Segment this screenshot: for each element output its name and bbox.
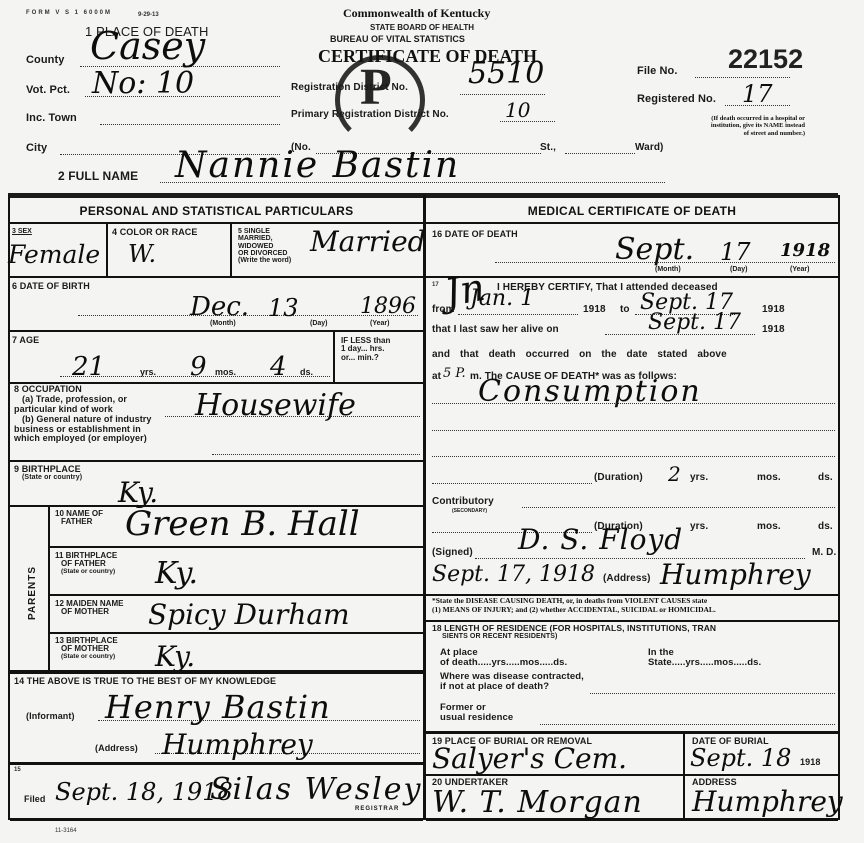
ward-label: Ward) [635, 143, 663, 154]
to-year: 1918 [762, 305, 785, 316]
mother-name-value: Spicy Durham [148, 598, 350, 631]
bureau-title: BUREAU OF VITAL STATISTICS [330, 35, 465, 44]
burial-date-value: Sept. 18 [690, 744, 791, 772]
undertaker-value: W. T. Morgan [432, 785, 643, 820]
former-dots [540, 724, 835, 725]
md-address-value: Humphrey [660, 558, 811, 591]
to-label: to [620, 305, 630, 316]
father-birth-label: 11 BIRTHPLACE OF FATHER (State or countr… [55, 552, 117, 576]
from-value: Jan. 1 [470, 286, 534, 311]
mother-birth-value: Ky. [155, 640, 195, 673]
rule [10, 222, 423, 224]
at-place-label: At place of death.....yrs.....mos.....ds… [440, 648, 567, 669]
birthplace-sub: (State or country) [14, 474, 82, 481]
informant-value: Henry Bastin [105, 688, 331, 726]
occupation-label-block: 8 OCCUPATION (a) Trade, profession, or p… [14, 385, 152, 444]
from-year: 1918 [583, 305, 606, 316]
filed-label: Filed [24, 795, 46, 804]
rule [10, 276, 423, 278]
rule [48, 632, 423, 634]
contrib-yrs-label: yrs. [690, 522, 708, 533]
duration-yrs: 2 [668, 462, 681, 486]
duration-ds-label: ds. [818, 473, 833, 484]
footnote-line: (1) MEANS OF INJURY; and (2) whether ACC… [432, 606, 836, 615]
form-id: FORM V S 1 6000M [26, 10, 112, 16]
dod-month: Sept. [615, 232, 694, 267]
rule [426, 276, 838, 278]
rule [683, 733, 685, 820]
personal-section-title: PERSONAL AND STATISTICAL PARTICULARS [10, 204, 423, 218]
residence-title-line: SIENTS OR RECENT RESIDENTS) [432, 633, 716, 641]
rule [106, 224, 108, 276]
secondary-label: (SECONDARY) [452, 509, 487, 514]
at-label: at [432, 372, 441, 383]
county-label: County [26, 55, 64, 67]
inf-address-value: Humphrey [162, 728, 313, 761]
cause-line-1 [432, 403, 835, 404]
age-label: 7 AGE [12, 336, 39, 345]
full-name-label: 2 FULL NAME [58, 170, 138, 183]
marital-label-line: MARRIED, [238, 235, 291, 242]
rule [10, 460, 423, 462]
rule [333, 332, 335, 382]
mother-name-label-line: OF MOTHER [55, 608, 123, 616]
month-caption: (Month) [210, 320, 236, 327]
dod-day-caption: (Day) [730, 266, 748, 273]
dod-day: 17 [720, 238, 751, 266]
from-line [458, 314, 578, 315]
contracted-dots [590, 693, 835, 694]
hospital-note: (If death occurred in a hospital or inst… [707, 115, 805, 137]
primary-reg-label: Primary Registration District No. [291, 110, 449, 121]
burial-value: Salyer's Cem. [432, 742, 627, 775]
ward-line [565, 153, 635, 154]
dob-month: Dec. [190, 292, 249, 322]
former-line: usual residence [440, 713, 513, 723]
occ-a-value: Housewife [195, 388, 356, 423]
dod-month-caption: (Month) [655, 266, 681, 273]
birthplace-label-block: 9 BIRTHPLACE (State or country) [14, 465, 82, 482]
registrar-label: REGISTRAR [355, 806, 399, 812]
rule [426, 731, 838, 734]
left-border [8, 195, 10, 820]
cause-line-3 [432, 456, 835, 457]
marital-label: 5 SINGLE MARRIED, WIDOWED OR DIVORCED (W… [238, 228, 291, 265]
duration-line [432, 483, 592, 484]
md-label: M. D. [812, 548, 836, 559]
signed-label: (Signed) [432, 548, 473, 559]
vot-pct-label: Vot. Pct. [26, 85, 70, 97]
duration-label: (Duration) [594, 473, 643, 484]
medical-section-title: MEDICAL CERTIFICATE OF DEATH [426, 204, 838, 218]
contracted-line: if not at place of death? [440, 682, 584, 692]
inf-address-label: (Address) [95, 744, 138, 753]
from-label: from [432, 305, 455, 316]
contrib-ds-label: ds. [818, 522, 833, 533]
father-birth-value: Ky. [155, 556, 198, 591]
former-label: Former or usual residence [440, 703, 513, 724]
marital-value: Married [310, 225, 426, 258]
in-state-label: In the State.....yrs.....mos.....ds. [648, 648, 761, 669]
st-label: St., [540, 143, 556, 154]
less-than-label: IF LESS than 1 day... hrs. or... min.? [341, 337, 390, 362]
informant-title: 14 THE ABOVE IS TRUE TO THE BEST OF MY K… [14, 677, 276, 686]
dob-label: 6 DATE OF BIRTH [12, 282, 90, 291]
county-value: Casey [90, 24, 205, 68]
marital-label-line: (Write the word) [238, 257, 291, 264]
last-saw-year: 1918 [762, 325, 785, 336]
duration-mos-label: mos. [757, 473, 781, 484]
certify-num: 17 [432, 282, 439, 288]
father-birth-label-line: (State or country) [55, 569, 117, 576]
duration-yrs-label: yrs. [690, 473, 708, 484]
marital-label-line: OR DIVORCED [238, 250, 291, 257]
race-value: W. [128, 240, 156, 268]
residence-title-line: 18 LENGTH OF RESIDENCE (FOR HOSPITALS, I… [432, 624, 716, 633]
rule [426, 620, 838, 622]
in-state-line: State.....yrs.....mos.....ds. [648, 658, 761, 668]
year-caption: (Year) [370, 320, 389, 327]
occ-b-label: which employed (or employer) [14, 434, 152, 444]
dob-year: 1896 [360, 294, 416, 319]
race-label: 4 COLOR OR RACE [112, 228, 198, 237]
dod-year-caption: (Year) [790, 266, 809, 273]
parents-label: PARENTS [12, 498, 23, 588]
contributory-label: Contributory [432, 497, 494, 508]
dod-year: 1918 [780, 240, 830, 261]
last-saw-label: that I last saw her alive on [432, 325, 559, 336]
filed-date: Sept. 18, 1918 [55, 778, 233, 806]
registered-no-label: Registered No. [637, 94, 716, 106]
contrib-mos-label: mos. [757, 522, 781, 533]
right-border [838, 195, 840, 820]
signed-date: Sept. 17, 1918 [432, 562, 595, 587]
rule [230, 224, 232, 276]
file-no-line [695, 77, 790, 78]
occ-b-line [212, 454, 420, 455]
marital-label-line: 5 SINGLE [238, 228, 291, 235]
rule [48, 594, 423, 596]
at-value: 5 P. [443, 366, 466, 381]
primary-reg-value: 10 [505, 98, 530, 122]
cause-line-2 [432, 430, 835, 431]
informant-label: (Informant) [26, 712, 75, 721]
signed-value: D. S. Floyd [518, 523, 683, 556]
full-name-value: Nannie Bastin [175, 145, 460, 186]
last-saw-value: Sept. 17 [648, 310, 741, 335]
yrs-label: yrs. [140, 368, 156, 377]
contracted-label: Where was disease contracted, if not at … [440, 672, 584, 693]
city-label: City [26, 143, 47, 155]
marital-label-line: WIDOWED [238, 243, 291, 250]
rule [10, 818, 423, 821]
rule [426, 774, 838, 776]
rule [426, 818, 838, 821]
board-title: STATE BOARD OF HEALTH [370, 24, 474, 32]
center-divider [423, 195, 426, 820]
dod-label: 16 DATE OF DEATH [432, 230, 518, 239]
sex-label: 3 SEX [12, 228, 32, 235]
residence-title: 18 LENGTH OF RESIDENCE (FOR HOSPITALS, I… [432, 624, 716, 641]
less-than-line: or... min.? [341, 354, 390, 362]
contributory-line [522, 507, 835, 508]
inc-town-line [100, 124, 280, 125]
rule [426, 222, 838, 224]
rule [48, 505, 50, 670]
mother-birth-label-line: (State or country) [55, 654, 118, 661]
undertaker-address-value: Humphrey [692, 785, 843, 818]
sex-value: Female [8, 240, 100, 269]
burial-year: 1918 [800, 758, 820, 767]
rule [10, 762, 423, 765]
md-address-label: (Address) [603, 574, 651, 585]
age-mos-value: 9 [190, 352, 207, 382]
parents-text: PARENTS [27, 566, 38, 620]
reg-district-label: Registration District No. [291, 83, 408, 94]
reg-district-line [460, 94, 545, 95]
father-name-value: Green B. Hall [125, 504, 360, 544]
dob-day: 13 [268, 294, 299, 322]
file-no-value: 22152 [728, 44, 803, 75]
vot-pct-value: No: 10 [92, 66, 194, 101]
footnote: *State the DISEASE CAUSING DEATH, or, in… [432, 597, 836, 614]
father-name-label: 10 NAME OF FATHER [55, 510, 103, 527]
commonwealth-title: Commonwealth of Kentucky [343, 6, 490, 21]
reg-district-value: 5510 [468, 56, 544, 91]
filed-num: 15 [14, 767, 21, 773]
registered-no-value: 17 [742, 80, 773, 108]
file-no-label: File No. [637, 66, 678, 78]
birthplace-label: 9 BIRTHPLACE [14, 465, 82, 474]
day-caption: (Day) [310, 320, 328, 327]
age-yrs-value: 21 [72, 352, 105, 382]
occurred-text: and that death occurred on the date stat… [432, 350, 727, 361]
footer-code: 11-3164 [55, 828, 77, 834]
form-date: 9-29-13 [138, 12, 159, 18]
rule [10, 330, 423, 332]
rule [48, 546, 423, 548]
father-name-label-line: FATHER [55, 518, 103, 526]
registrar-value: Silas Wesley [210, 772, 422, 807]
mother-birth-label: 13 BIRTHPLACE OF MOTHER (State or countr… [55, 637, 118, 661]
at-place-line: of death.....yrs.....mos.....ds. [440, 658, 567, 668]
mos-label: mos. [215, 368, 236, 377]
mother-name-label: 12 MAIDEN NAME OF MOTHER [55, 600, 123, 617]
rule [10, 670, 423, 674]
ds-label: ds. [300, 368, 313, 377]
age-ds-value: 4 [270, 352, 287, 382]
inc-town-label: Inc. Town [26, 113, 77, 125]
